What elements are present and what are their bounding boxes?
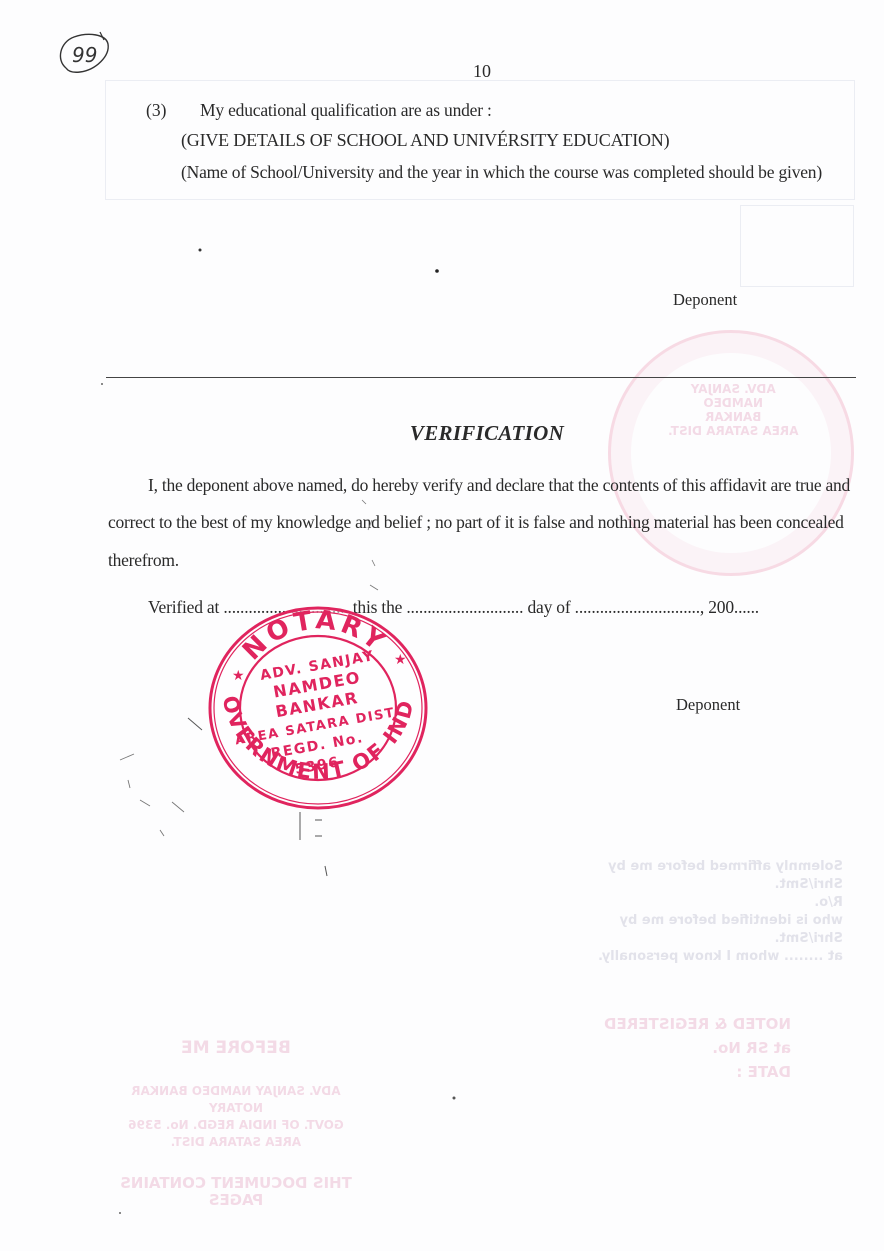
section-heading: My educational qualification are as unde… <box>200 100 492 121</box>
svg-text:★: ★ <box>232 668 245 684</box>
ghost-line: DATE : <box>604 1060 791 1084</box>
section-instruction-2: (Name of School/University and the year … <box>181 162 822 183</box>
ghost-line: Shri/Smt. <box>598 876 843 894</box>
deponent-signature-label-bottom: Deponent <box>676 695 740 715</box>
ghost-line: ADV. SANJAY NAMDEO BANKAR <box>120 1083 352 1100</box>
ghost-line: Shri/Smt. <box>598 930 843 948</box>
ghost-table-right <box>740 205 854 287</box>
verification-title: VERIFICATION <box>0 421 884 446</box>
section-divider <box>106 377 856 378</box>
deponent-signature-label-top: Deponent <box>673 290 737 310</box>
ghost-attestation: Solemnly affirmed before me by Shri/Smt.… <box>598 858 843 966</box>
ghost-before-me: BEFORE ME ADV. SANJAY NAMDEO BANKAR NOTA… <box>120 1040 352 1209</box>
verification-text-line: correct to the best of my knowledge and … <box>108 512 844 533</box>
notary-stamp: NOTARY GOVERNMENT OF INDIA ★ ★ ADV. SANJ… <box>204 604 434 812</box>
ghost-line: at ........ whom I know personally. <box>598 948 843 966</box>
ghost-seal <box>608 330 854 576</box>
ghost-line: who is identified before me by <box>598 912 843 930</box>
ghost-line: ADV. SANJAY <box>668 382 798 396</box>
ghost-line: at SR No. <box>604 1036 791 1060</box>
svg-text:★: ★ <box>394 652 407 668</box>
verification-text-line: therefrom. <box>108 550 179 571</box>
ghost-line: PAGES <box>120 1192 352 1209</box>
ghost-line: GOVT. OF INDIA REGD. No. 5396 <box>120 1117 352 1134</box>
verification-text-line: I, the deponent above named, do hereby v… <box>148 475 850 496</box>
ghost-line: THIS DOCUMENT CONTAINS <box>120 1175 352 1192</box>
ghost-line: NAMDEO <box>668 396 798 410</box>
ghost-registration: NOTED & REGISTERED at SR No. DATE : <box>604 1012 791 1084</box>
page-number: 10 <box>0 61 884 82</box>
ghost-line: NOTARY <box>120 1100 352 1117</box>
ghost-line: NOTED & REGISTERED <box>604 1012 791 1036</box>
ghost-line: R/o. <box>598 894 843 912</box>
section-number: (3) <box>146 100 166 121</box>
ghost-line: Solemnly affirmed before me by <box>598 858 843 876</box>
ghost-line: BEFORE ME <box>120 1040 352 1057</box>
section-instruction-1: (GIVE DETAILS OF SCHOOL AND UNIVÉRSITY E… <box>181 130 669 151</box>
ghost-line: AREA SATARA DIST. <box>120 1134 352 1151</box>
